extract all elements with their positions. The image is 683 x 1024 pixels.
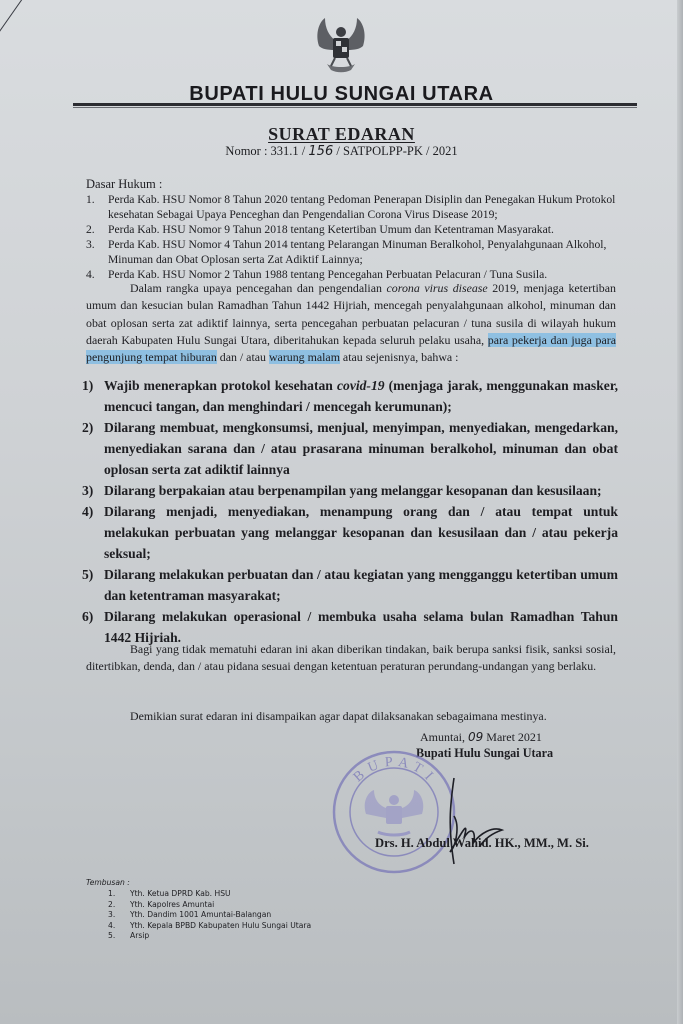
rule-number: 4) <box>82 501 104 564</box>
intro-text: Dalam rangka upaya pencegahan dan pengen… <box>130 281 387 295</box>
carbon-copy-item: 1.Yth. Ketua DPRD Kab. HSU <box>108 889 311 900</box>
official-stamp-icon: BUPATI <box>330 748 458 876</box>
rule-item: 2)Dilarang membuat, mengkonsumsi, menjua… <box>82 417 618 480</box>
item-number: 1. <box>108 889 130 900</box>
carbon-copy-label: Tembusan : <box>86 878 130 887</box>
legal-basis-list: 1.Perda Kab. HSU Nomor 8 Tahun 2020 tent… <box>86 192 618 282</box>
legal-basis-item: 2.Perda Kab. HSU Nomor 9 Tahun 2018 tent… <box>86 222 618 237</box>
item-number: 3. <box>86 237 108 267</box>
document-number-suffix: / SATPOLPP-PK / 2021 <box>333 144 457 158</box>
rule-item: 4)Dilarang menjadi, menyediakan, menampu… <box>82 501 618 564</box>
item-text: Arsip <box>130 931 149 942</box>
letterhead-rule <box>73 103 637 106</box>
signature-icon <box>440 776 510 866</box>
legal-basis-item: 3.Perda Kab. HSU Nomor 4 Tahun 2014 tent… <box>86 237 618 267</box>
legal-basis-item: 1.Perda Kab. HSU Nomor 8 Tahun 2020 tent… <box>86 192 618 222</box>
rule-text: Dilarang melakukan perbuatan dan / atau … <box>104 564 618 606</box>
document-title: SURAT EDARAN <box>0 124 683 145</box>
closing-paragraph: Demikian surat edaran ini disampaikan ag… <box>86 708 616 725</box>
highlighted-text[interactable]: warung malam <box>269 350 340 364</box>
garuda-emblem-icon <box>313 16 369 78</box>
carbon-copy-list: 1.Yth. Ketua DPRD Kab. HSU 2.Yth. Kapolr… <box>108 889 311 942</box>
item-number: 1. <box>86 192 108 222</box>
rule-italic: covid-19 <box>337 378 385 393</box>
signing-place-date: Amuntai, 09 Maret 2021 <box>420 730 542 745</box>
signing-day: 09 <box>468 730 483 744</box>
rule-text: Dilarang menjadi, menyediakan, menampung… <box>104 501 618 564</box>
item-text: Yth. Dandim 1001 Amuntai-Balangan <box>130 910 271 921</box>
document-number: Nomor : 331.1 / 156 / SATPOLPP-PK / 2021 <box>0 144 683 159</box>
document-number-prefix: Nomor : 331.1 / <box>225 144 308 158</box>
carbon-copy-item: 5.Arsip <box>108 931 311 942</box>
legal-basis-label: Dasar Hukum : <box>86 177 162 192</box>
rule-item: 3)Dilarang berpakaian atau berpenampilan… <box>82 480 618 501</box>
carbon-copy-item: 4.Yth. Kepala BPBD Kabupaten Hulu Sungai… <box>108 921 311 932</box>
rule-text: Dilarang berpakaian atau berpenampilan y… <box>104 480 618 501</box>
document-number-handwritten: 156 <box>308 144 333 159</box>
rule-number: 2) <box>82 417 104 480</box>
rule-text: Dilarang membuat, mengkonsumsi, menjual,… <box>104 417 618 480</box>
intro-text: atau sejenisnya, bahwa : <box>340 350 459 364</box>
item-number: 2. <box>86 222 108 237</box>
item-text: Yth. Kepala BPBD Kabupaten Hulu Sungai U… <box>130 921 311 932</box>
item-text: Perda Kab. HSU Nomor 4 Tahun 2014 tentan… <box>108 237 618 267</box>
carbon-copy-item: 3.Yth. Dandim 1001 Amuntai-Balangan <box>108 910 311 921</box>
rule-item: 1)Wajib menerapkan protokol kesehatan co… <box>82 375 618 417</box>
signing-month-year: Maret 2021 <box>483 730 542 744</box>
intro-text: dan / atau <box>217 350 269 364</box>
rule-number: 1) <box>82 375 104 417</box>
intro-paragraph: Dalam rangka upaya pencegahan dan pengen… <box>86 280 616 366</box>
letterhead-rule-thin <box>73 107 637 108</box>
item-text: Perda Kab. HSU Nomor 9 Tahun 2018 tentan… <box>108 222 618 237</box>
signing-place: Amuntai, <box>420 730 468 744</box>
paper-fold-line <box>0 0 31 37</box>
rule-number: 3) <box>82 480 104 501</box>
item-number: 5. <box>108 931 130 942</box>
rule-item: 5)Dilarang melakukan perbuatan dan / ata… <box>82 564 618 606</box>
item-number: 2. <box>108 900 130 911</box>
rules-list: 1)Wajib menerapkan protokol kesehatan co… <box>82 375 618 648</box>
signatory-name: Drs. H. Abdul Wahid. HK., MM., M. Si. <box>375 836 589 851</box>
intro-italic: corona virus disease <box>387 281 488 295</box>
sanctions-paragraph: Bagi yang tidak mematuhi edaran ini akan… <box>86 641 616 676</box>
rule-number: 5) <box>82 564 104 606</box>
item-text: Yth. Kapolres Amuntai <box>130 900 214 911</box>
carbon-copy-item: 2.Yth. Kapolres Amuntai <box>108 900 311 911</box>
item-number: 4. <box>108 921 130 932</box>
item-text: Yth. Ketua DPRD Kab. HSU <box>130 889 231 900</box>
item-text: Perda Kab. HSU Nomor 8 Tahun 2020 tentan… <box>108 192 618 222</box>
item-number: 3. <box>108 910 130 921</box>
rule-text: Wajib menerapkan protokol kesehatan <box>104 378 337 393</box>
